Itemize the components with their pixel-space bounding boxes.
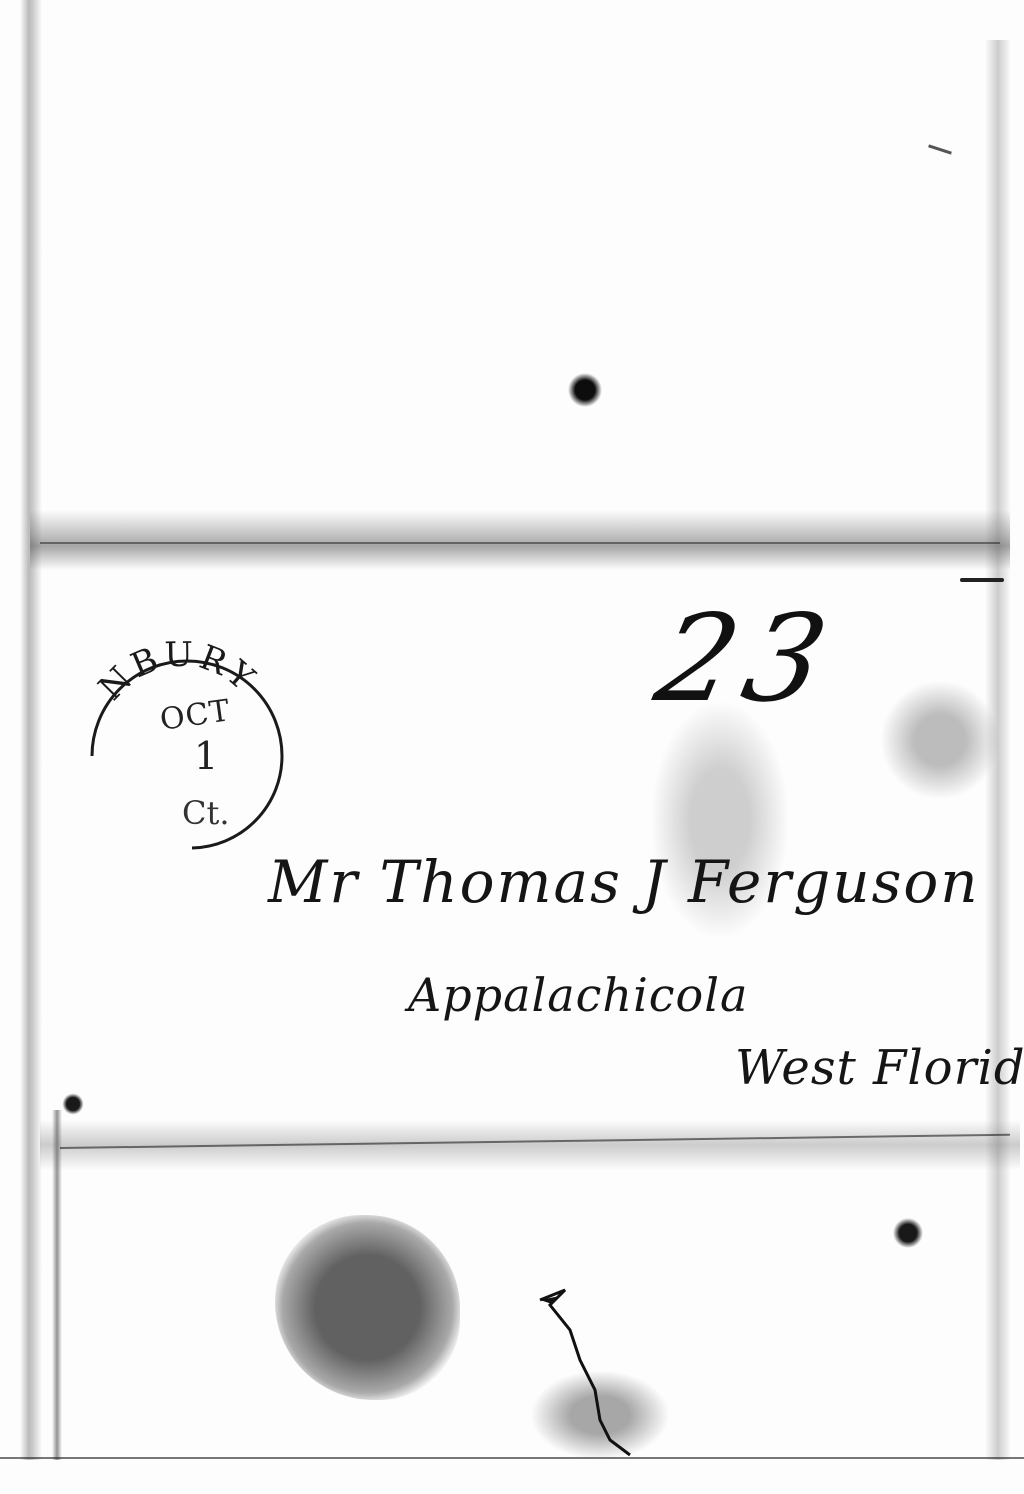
upper-fold-crease: [40, 542, 1000, 544]
water-stain-right: [880, 680, 1000, 800]
addressee-city: Appalachicola: [408, 968, 748, 1022]
margin-dash: [960, 578, 1004, 582]
bottom-paper-edge: [0, 1457, 1024, 1459]
paper-tear: [520, 1270, 640, 1470]
left-paper-edge: [20, 0, 42, 1460]
ink-blot-left: [62, 1092, 84, 1116]
addressee-region: West Florida: [735, 1040, 1024, 1096]
water-stain-large: [275, 1215, 460, 1400]
postmark-rate: Ct.: [182, 794, 230, 832]
ink-blot-right: [888, 1218, 928, 1248]
postmark: NBURY OCT 1 Ct.: [72, 636, 292, 856]
ink-blot-top: [565, 370, 605, 410]
upper-fold-shadow: [30, 510, 1010, 570]
postmark-day: 1: [194, 734, 218, 778]
addressee-name: Mr Thomas J Ferguson: [268, 848, 980, 916]
rate-manuscript: 23: [647, 600, 845, 720]
margin-tick: [928, 144, 952, 154]
svg-text:NBURY: NBURY: [91, 636, 265, 708]
letter-sheet: NBURY OCT 1 Ct. 23 Mr Thomas J Ferguson …: [0, 0, 1024, 1494]
